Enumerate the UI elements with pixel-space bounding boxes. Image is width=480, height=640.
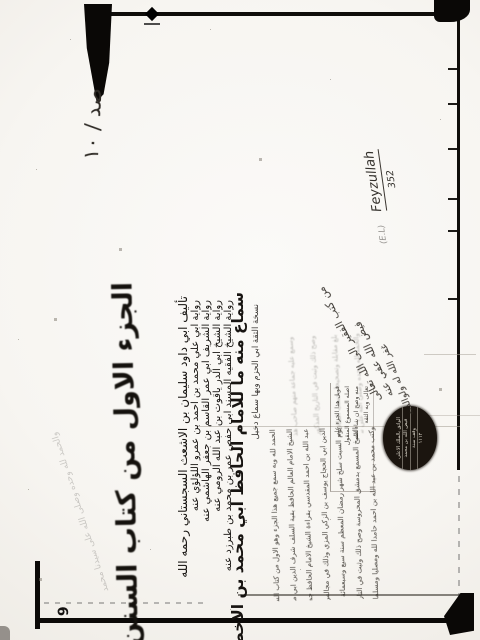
- boxed-note-line: منه وصح ان شاء الله: [352, 386, 362, 488]
- border-tick: [448, 103, 457, 105]
- author-line: تأليف ابي داود سليمان بن الاشعث السجستان…: [176, 296, 190, 584]
- frame-line-right: [86, 12, 464, 16]
- border-tick: [448, 198, 457, 200]
- frame-line-bottom: [457, 12, 460, 470]
- ghost-offset-scribble: والحمد لله وحده وصلى الله على سيدنا محمد: [50, 431, 112, 596]
- frame-line-top-partial: [35, 561, 40, 629]
- latin-annotation-prefix: (E.L): [377, 224, 390, 245]
- ink-blob-page-edge: [0, 626, 10, 640]
- boxed-note-line: قوبل هذا الجزء على: [333, 386, 343, 488]
- border-tick: [448, 230, 457, 232]
- frame-line-left: [36, 618, 474, 623]
- border-tick: [448, 68, 457, 70]
- border-dash-mark: [144, 23, 160, 25]
- boxed-collation-note: قوبل هذا الجزء على اصله المسموع المنقول …: [330, 383, 374, 492]
- latin-shelf-number: 352: [385, 169, 398, 188]
- frame-line-bottom-faint: [458, 470, 460, 612]
- boxed-note-line: تعالى وبه الثقة: [362, 386, 372, 488]
- paper-crease: [424, 354, 476, 355]
- ink-blob-corner-bottom: [444, 593, 474, 635]
- transmission-line: رواية ابي علي محمد بن احمد بن عمرو اللؤل…: [190, 300, 201, 552]
- border-tick: [448, 148, 457, 150]
- transmission-line: رواية الشريف ابي عمر القاسم بن جعفر الها…: [201, 300, 212, 552]
- paper-crease: [424, 415, 480, 416]
- transmission-line: رواية الشيخ ابي الدر ياقوت بن عبد الله ا…: [212, 300, 223, 552]
- boxed-note-line: اصله المسموع المنقول: [343, 386, 353, 488]
- diamond-border-mark: [145, 7, 159, 21]
- copy-note-line: نسخة الثقة ابي الحزم وبها سماع دخيل: [251, 304, 261, 524]
- manuscript-scan-page: والحمد لله وحده وصلى الله على سيدنا محمد…: [0, 0, 480, 640]
- folio-number: 9: [56, 606, 72, 616]
- arabic-shelf-mark: صد / ١٠: [77, 87, 106, 188]
- border-tick: [448, 298, 457, 300]
- latin-collection-name: Feyzullah: [362, 149, 387, 212]
- seal-text-line: ١١١٢: [417, 406, 425, 470]
- title-calligraphy: الجزء الاول من كتاب السنن: [107, 282, 143, 572]
- page-sheet: والحمد لله وحده وصلى الله على سيدنا محمد…: [0, 0, 480, 640]
- ink-blob-corner-edge: [434, 0, 470, 22]
- sama-note-line: سماع منه ما للامام الحافظ ابي محمد بن ال…: [229, 292, 247, 578]
